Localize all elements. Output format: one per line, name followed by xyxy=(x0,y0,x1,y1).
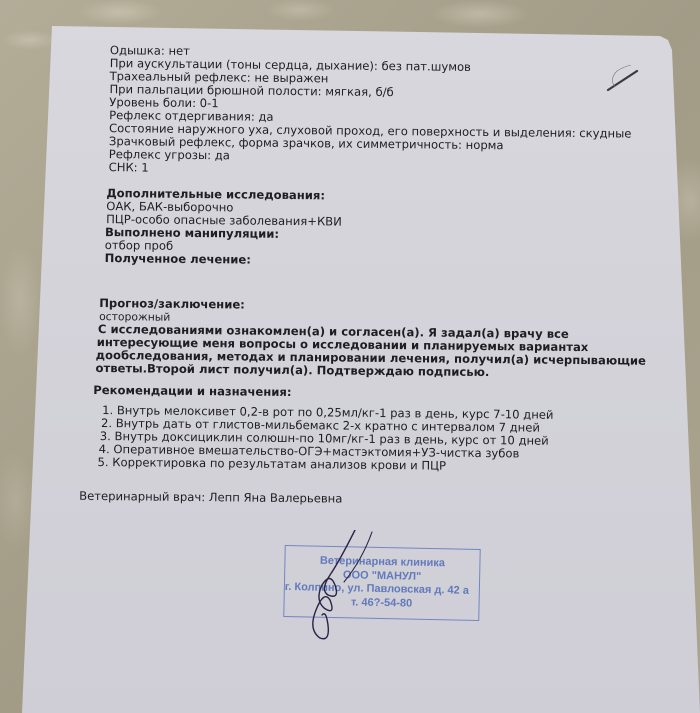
exam-line: СНК: 1 xyxy=(109,161,149,174)
treatment-heading: Полученное лечение: xyxy=(105,252,251,267)
recommendations-heading: Рекомендации и назначения: xyxy=(93,384,291,399)
signature xyxy=(300,530,380,640)
vet-name: Ветеринарный врач: Лепп Яна Валерьевна xyxy=(79,490,342,506)
consent-line: ответы.Второй лист получил(а). Подтвержд… xyxy=(95,362,489,379)
recommendation-item: 5. Корректировка по результатам анализов… xyxy=(98,456,447,473)
